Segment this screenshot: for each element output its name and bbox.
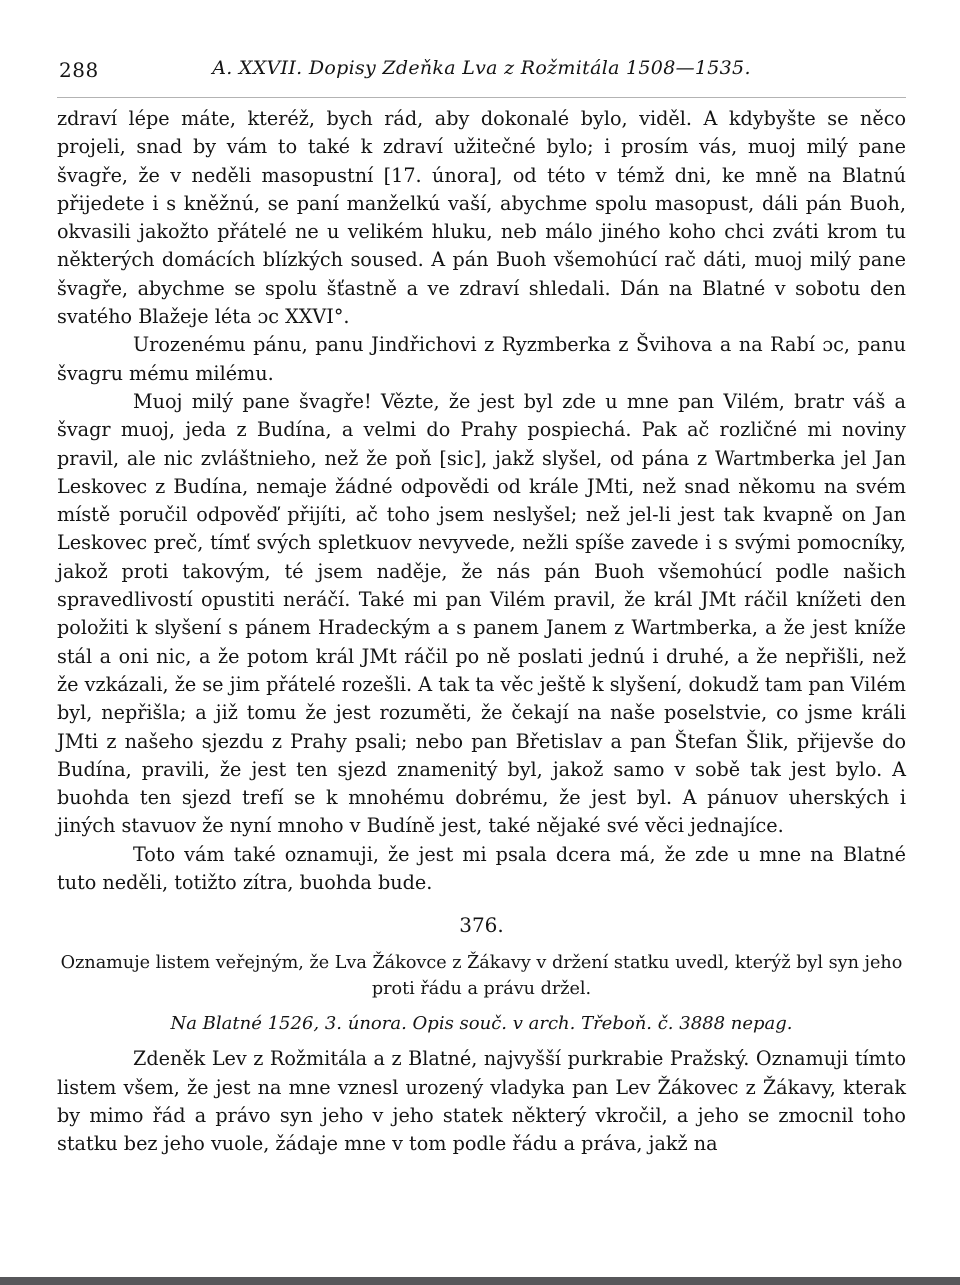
letter-375-continuation: zdraví lépe máte, kteréž, bych rád, aby … bbox=[57, 105, 906, 331]
letter-375-postscript: Toto vám také oznamuji, že jest mi psala… bbox=[57, 841, 906, 898]
page-number: 288 bbox=[59, 58, 99, 82]
letter-375-news-paragraph: Muoj milý pane švagře! Vězte, že jest by… bbox=[57, 388, 906, 841]
running-header: 288 A. XXVII. Dopisy Zdeňka Lva z Rožmit… bbox=[57, 57, 906, 84]
header-rule bbox=[57, 97, 906, 98]
letter-375-section: zdraví lépe máte, kteréž, bych rád, aby … bbox=[57, 105, 906, 897]
page-content: 288 A. XXVII. Dopisy Zdeňka Lva z Rožmit… bbox=[57, 0, 906, 1159]
letter-376-number: 376. bbox=[57, 912, 906, 938]
letter-375-address: Urozenému pánu, panu Jindřichovi z Ryzmb… bbox=[57, 331, 906, 388]
book-page: 288 A. XXVII. Dopisy Zdeňka Lva z Rožmit… bbox=[0, 0, 960, 1285]
letter-376-body: Zdeněk Lev z Rožmitála a z Blatné, najvy… bbox=[57, 1045, 906, 1158]
running-title: A. XXVII. Dopisy Zdeňka Lva z Rožmitála … bbox=[57, 57, 906, 79]
letter-376-summary: Oznamuje listem veřejným, že Lva Žákovce… bbox=[57, 951, 906, 1002]
letter-376-source-line: Na Blatné 1526, 3. února. Opis souč. v a… bbox=[57, 1012, 906, 1036]
scan-bottom-edge bbox=[0, 1277, 960, 1285]
letter-376-section: Zdeněk Lev z Rožmitála a z Blatné, najvy… bbox=[57, 1045, 906, 1158]
